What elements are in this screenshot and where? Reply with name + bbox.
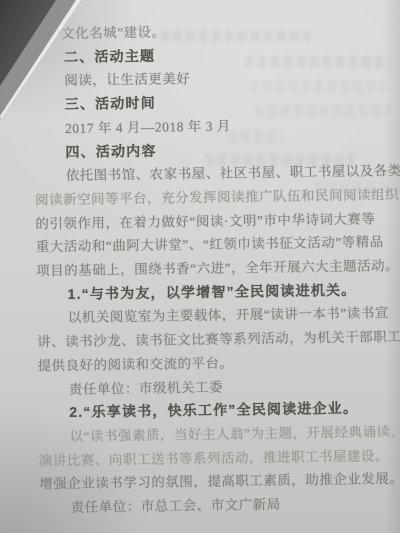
photographed-document: 和“文化名城”建设。 二、活动主题 阅读，让生活更美好 三、活动时间 2017 … [0,0,400,533]
responsibility-line: 责任单位：市总工会、市文广新局 [40,491,400,520]
paper-sheet: 和“文化名城”建设。 二、活动主题 阅读，让生活更美好 三、活动时间 2017 … [0,0,400,533]
document-text-block: 和“文化名城”建设。 二、活动主题 阅读，让生活更美好 三、活动时间 2017 … [0,0,400,521]
